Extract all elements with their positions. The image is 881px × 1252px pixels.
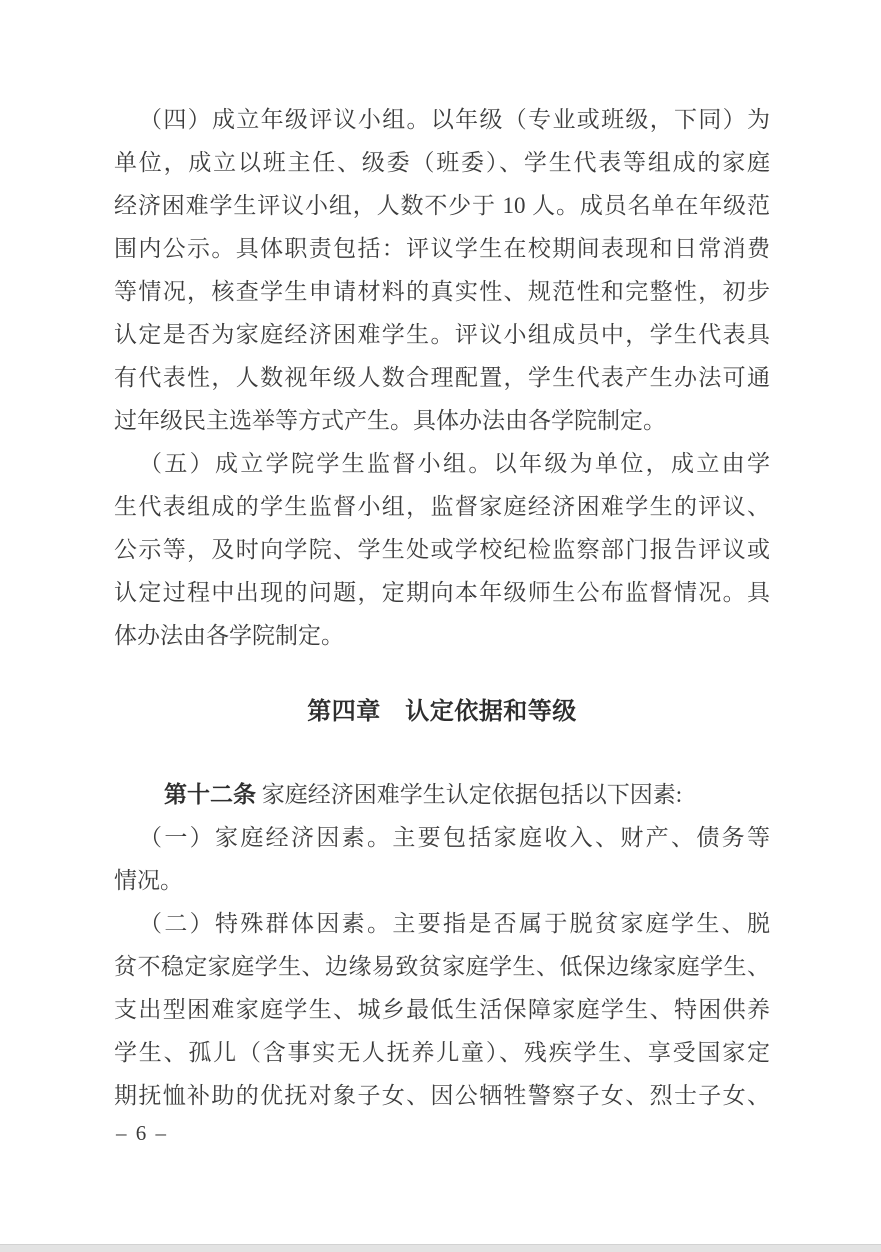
text-segment: 过年级民主选举等方式产生。具体办法由各学院制定。 <box>114 408 666 433</box>
text-segment: 学生、孤儿（含事实无人抚养儿童）、残疾学生、享受国家定 <box>114 1040 770 1065</box>
page-number: – 6 – <box>116 1117 168 1149</box>
document-page: （四）成立年级评议小组。以年级（专业或班级，下同）为单位，成立以班主任、级委（班… <box>0 0 881 1252</box>
text-segment: 体办法由各学院制定。 <box>114 623 344 648</box>
para-4-line-6: 认定是否为家庭经济困难学生。评议小组成员中，学生代表具 <box>114 313 770 356</box>
document-text: （四）成立年级评议小组。以年级（专业或班级，下同）为单位，成立以班主任、级委（班… <box>114 98 770 1117</box>
para-4-line-2: 单位，成立以班主任、级委（班委）、学生代表等组成的家庭 <box>114 141 770 184</box>
para-4-line-5: 等情况，核查学生申请材料的真实性、规范性和完整性，初步 <box>114 270 770 313</box>
para-4-line-1: （四）成立年级评议小组。以年级（专业或班级，下同）为 <box>114 98 770 141</box>
para-4-line-7: 有代表性，人数视年级人数合理配置，学生代表产生办法可通 <box>114 356 770 399</box>
para-5-line-3: 公示等，及时向学院、学生处或学校纪检监察部门报告评议或 <box>114 528 770 571</box>
item-2-line-5: 期抚恤补助的优抚对象子女、因公牺牲警察子女、烈士子女、 <box>114 1074 770 1117</box>
text-segment: 家庭经济困难学生认定依据包括以下因素: <box>256 782 682 807</box>
para-4-line-3: 经济困难学生评议小组，人数不少于 10 人。成员名单在年级范 <box>114 184 770 227</box>
chapter-heading: 第四章 认定依据和等级 <box>114 690 770 733</box>
item-1-line-2: 情况。 <box>114 859 770 902</box>
item-2-line-3: 支出型困难家庭学生、城乡最低生活保障家庭学生、特困供养 <box>114 988 770 1031</box>
item-2-line-2: 贫不稳定家庭学生、边缘易致贫家庭学生、低保边缘家庭学生、 <box>114 945 770 988</box>
para-5-line-2: 生代表组成的学生监督小组，监督家庭经济困难学生的评议、 <box>114 485 770 528</box>
window-bottom-edge <box>0 1244 881 1252</box>
text-segment: 等情况，核查学生申请材料的真实性、规范性和完整性，初步 <box>114 279 770 304</box>
para-5-line-5: 体办法由各学院制定。 <box>114 614 770 657</box>
text-segment: 认定是否为家庭经济困难学生。评议小组成员中，学生代表具 <box>114 322 770 347</box>
item-2-line-4: 学生、孤儿（含事实无人抚养儿童）、残疾学生、享受国家定 <box>114 1031 770 1074</box>
text-segment: （四）成立年级评议小组。以年级（专业或班级，下同）为 <box>139 107 770 132</box>
article-12-line-1: 第十二条 家庭经济困难学生认定依据包括以下因素: <box>114 773 770 816</box>
text-segment: 公示等，及时向学院、学生处或学校纪检监察部门报告评议或 <box>114 537 770 562</box>
item-2-line-1: （二）特殊群体因素。主要指是否属于脱贫家庭学生、脱 <box>114 902 770 945</box>
para-4-line-4: 围内公示。具体职责包括：评议学生在校期间表现和日常消费 <box>114 227 770 270</box>
bold-text-segment: 第十二条 <box>164 781 256 807</box>
text-segment: 生代表组成的学生监督小组，监督家庭经济困难学生的评议、 <box>114 494 770 519</box>
text-segment: 情况。 <box>114 868 183 893</box>
bold-text-segment: 第四章 认定依据和等级 <box>307 698 577 725</box>
text-segment: 认定过程中出现的问题，定期向本年级师生公布监督情况。具 <box>114 580 770 605</box>
text-segment: 经济困难学生评议小组，人数不少于 10 人。成员名单在年级范 <box>114 193 770 218</box>
para-5-line-1: （五）成立学院学生监督小组。以年级为单位，成立由学 <box>114 442 770 485</box>
text-segment: 单位，成立以班主任、级委（班委）、学生代表等组成的家庭 <box>114 150 770 175</box>
text-segment: 支出型困难家庭学生、城乡最低生活保障家庭学生、特困供养 <box>114 997 770 1022</box>
text-segment: 期抚恤补助的优抚对象子女、因公牺牲警察子女、烈士子女、 <box>114 1083 770 1108</box>
text-segment: 贫不稳定家庭学生、边缘易致贫家庭学生、低保边缘家庭学生、 <box>114 954 770 979</box>
para-4-line-8: 过年级民主选举等方式产生。具体办法由各学院制定。 <box>114 399 770 442</box>
text-segment: 有代表性，人数视年级人数合理配置，学生代表产生办法可通 <box>114 365 770 390</box>
text-segment: （二）特殊群体因素。主要指是否属于脱贫家庭学生、脱 <box>139 911 770 936</box>
text-segment: （一）家庭经济因素。主要包括家庭收入、财产、债务等 <box>139 825 770 850</box>
text-segment: 围内公示。具体职责包括：评议学生在校期间表现和日常消费 <box>114 236 770 261</box>
text-segment: （五）成立学院学生监督小组。以年级为单位，成立由学 <box>139 451 770 476</box>
item-1-line-1: （一）家庭经济因素。主要包括家庭收入、财产、债务等 <box>114 816 770 859</box>
para-5-line-4: 认定过程中出现的问题，定期向本年级师生公布监督情况。具 <box>114 571 770 614</box>
